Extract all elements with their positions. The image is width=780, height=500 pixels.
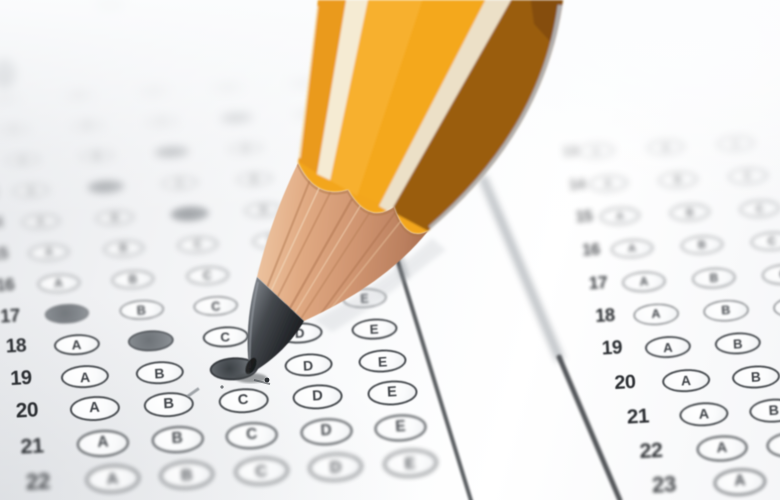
question-number: 16 (582, 240, 600, 261)
question-number: 18 (5, 336, 26, 359)
photo-canvas: 10ABCDE11ABCE12ABDE13ACDE14ABDE15ABCDE16… (0, 0, 780, 500)
question-number: 17 (588, 272, 607, 294)
question-number: 20 (614, 371, 636, 395)
question-number: 18 (595, 305, 615, 327)
question-number: 20 (15, 398, 38, 423)
question-number: 17 (0, 305, 20, 328)
question-number: 14 (569, 175, 586, 193)
question-number: 19 (601, 338, 622, 361)
question-number: 13 (562, 143, 578, 160)
question-number: 22 (25, 468, 50, 495)
question-number: 23 (651, 471, 676, 498)
question-number: 16 (0, 274, 14, 296)
question-number: 15 (0, 244, 8, 265)
question-number: 21 (20, 432, 44, 459)
question-number: 19 (10, 367, 32, 391)
question-number: 15 (575, 208, 592, 227)
question-number: 22 (639, 438, 663, 464)
question-number: 14 (0, 214, 2, 233)
question-number: 21 (626, 404, 649, 429)
